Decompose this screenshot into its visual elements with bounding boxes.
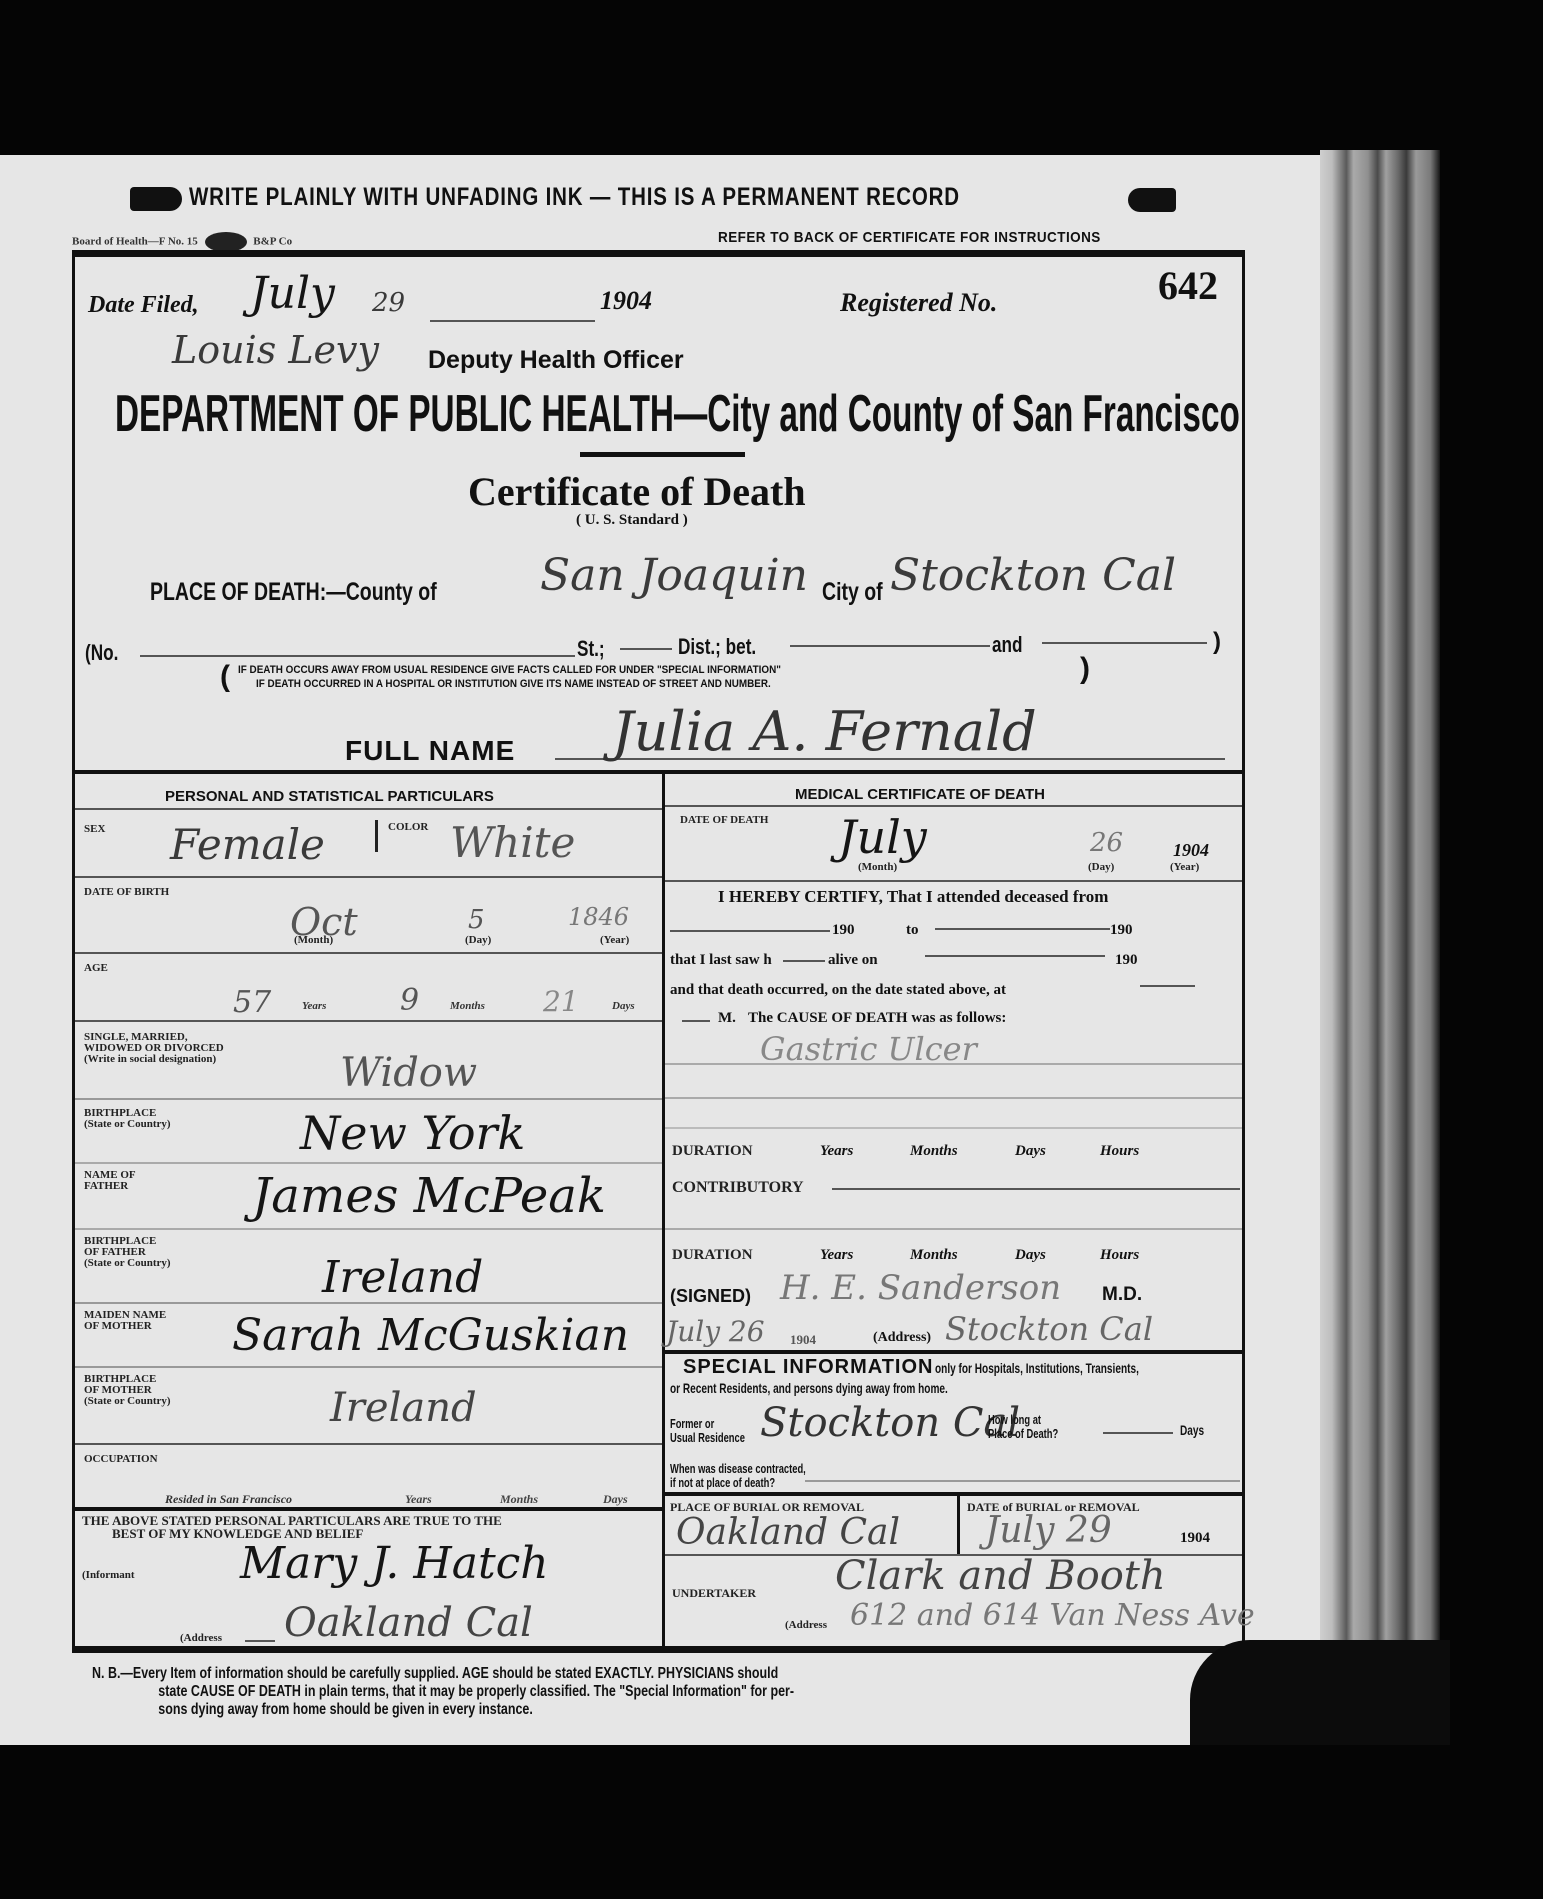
union-label-seal-icon: [205, 232, 247, 252]
occurred-rule: [1140, 985, 1195, 987]
resided-years: Years: [405, 1492, 432, 1507]
age-years-caption: Years: [302, 1000, 326, 1012]
section-rule: [665, 1350, 1242, 1354]
signed-label: (SIGNED): [670, 1286, 751, 1307]
form-number: Board of Health—F No. 15 B&P Co: [72, 232, 292, 252]
dob-day: 5: [468, 905, 485, 935]
last-saw-text: that I last saw h: [670, 952, 772, 969]
rule: [75, 1162, 662, 1164]
dod-day-caption: (Day): [1088, 862, 1114, 873]
section-rule: [665, 1492, 1242, 1496]
to-rule: [935, 928, 1110, 930]
pointing-hand-icon: [130, 187, 182, 211]
dod-year: 1904: [1173, 840, 1209, 861]
and-label: and: [992, 632, 1023, 658]
contributory-rule: [832, 1188, 1240, 1190]
cause-label: The CAUSE OF DEATH was as follows:: [748, 1010, 1006, 1027]
undertaker-address: 612 and 614 Van Ness Ave: [850, 1598, 1255, 1633]
informant-statement: THE ABOVE STATED PERSONAL PARTICULARS AR…: [82, 1514, 502, 1540]
us-standard: ( U. S. Standard ): [576, 512, 688, 529]
section-rule: [75, 1507, 662, 1511]
rule: [665, 805, 1242, 807]
duration-2-months: Months: [910, 1247, 958, 1264]
occurred-text: and that death occurred, on the date sta…: [670, 982, 1006, 999]
city-value: Stockton Cal: [890, 550, 1176, 601]
street-no-rule: [140, 655, 575, 657]
duration-2-label: DURATION: [672, 1250, 753, 1261]
burial-divider: [957, 1496, 960, 1554]
rule: [75, 1098, 662, 1100]
date-filed-year: 1904: [600, 286, 652, 316]
marital-label: SINGLE, MARRIED,WIDOWED OR DIVORCED (Wri…: [84, 1032, 224, 1065]
how-long-days: Days: [1180, 1422, 1204, 1438]
and-rule: [1042, 642, 1207, 644]
dob-label: DATE OF BIRTH: [84, 887, 169, 898]
rule: [665, 1127, 1242, 1129]
color-value: White: [450, 818, 575, 867]
book-page-edges: [1320, 150, 1440, 1745]
certify-text: I HEREBY CERTIFY, That I attended deceas…: [718, 887, 1108, 907]
usual-residence-note-1: IF DEATH OCCURS AWAY FROM USUAL RESIDENC…: [238, 664, 781, 676]
sex-value: Female: [170, 820, 325, 869]
personal-heading: PERSONAL AND STATISTICAL PARTICULARS: [165, 788, 494, 805]
rule: [75, 952, 662, 954]
county-value: San Joaquin: [540, 550, 808, 601]
registered-label: Registered No.: [840, 288, 997, 318]
undertaker-address-label: (Address: [785, 1620, 827, 1631]
to-year: 190: [1110, 922, 1133, 939]
burial-date: July 29: [985, 1510, 1112, 1551]
alive-on-text: alive on: [828, 952, 878, 969]
age-days: 21: [543, 985, 579, 1018]
how-long-label: How long atPlace of Death?: [988, 1413, 1058, 1441]
mother-value: Sarah McGuskian: [232, 1310, 629, 1361]
address-rule: [245, 1640, 275, 1642]
dob-day-caption: (Day): [465, 935, 491, 946]
rule: [665, 1063, 1242, 1065]
from-rule: [670, 930, 830, 932]
rule: [75, 1443, 662, 1445]
contracted-label: When was disease contracted,if not at pl…: [670, 1462, 806, 1490]
duration-years: Years: [820, 1143, 853, 1160]
from-year: 190: [832, 922, 855, 939]
last-saw-rule: [783, 960, 825, 962]
burial-place: Oakland Cal: [676, 1512, 900, 1553]
contributory-label: CONTRIBUTORY: [672, 1182, 804, 1193]
dist-label: Dist.; bet.: [678, 634, 756, 660]
nb-footnote: N. B.—Every Item of information should b…: [92, 1665, 794, 1719]
dod-month-caption: (Month): [858, 862, 897, 873]
resided-days: Days: [603, 1492, 628, 1507]
dod-label: DATE OF DEATH: [680, 815, 768, 826]
dob-year-caption: (Year): [600, 935, 629, 946]
to-label: to: [906, 922, 919, 939]
father-birthplace-value: Ireland: [322, 1252, 483, 1303]
birthplace-value: New York: [300, 1106, 525, 1160]
dod-day: 26: [1090, 828, 1123, 858]
dod-year-caption: (Year): [1170, 862, 1199, 873]
duration-2-years: Years: [820, 1247, 853, 1264]
alive-year: 190: [1115, 952, 1138, 969]
ink-instruction-header: WRITE PLAINLY WITH UNFADING INK — THIS I…: [130, 183, 1130, 212]
undertaker-label: UNDERTAKER: [672, 1588, 756, 1599]
dob-year: 1846: [568, 903, 629, 931]
date-filed-rule: [430, 320, 595, 322]
deputy-officer-signature: Louis Levy: [172, 328, 379, 372]
color-label: COLOR: [388, 822, 428, 833]
department-title: DEPARTMENT OF PUBLIC HEALTH—City and Cou…: [115, 384, 1240, 444]
informant-label: (Informant: [82, 1570, 135, 1581]
duration-months: Months: [910, 1143, 958, 1160]
sex-label: SEX: [84, 824, 105, 835]
resided-label: Resided in San Francisco: [165, 1492, 292, 1507]
occupation-label: OCCUPATION: [84, 1454, 158, 1465]
registered-number: 642: [1158, 262, 1218, 309]
dist-rule: [790, 645, 990, 647]
how-long-rule: [1103, 1432, 1173, 1434]
m-label: M.: [718, 1010, 736, 1027]
column-divider: [662, 772, 665, 1649]
special-note-2: or Recent Residents, and persons dying a…: [670, 1380, 948, 1396]
usual-residence-note-2: IF DEATH OCCURRED IN A HOSPITAL OR INSTI…: [256, 678, 771, 690]
dob-month-caption: (Month): [294, 935, 333, 946]
duration-days: Days: [1015, 1143, 1046, 1160]
date-filed-label: Date Filed,: [88, 292, 199, 319]
marital-value: Widow: [340, 1050, 477, 1096]
informant-value: Mary J. Hatch: [240, 1538, 549, 1589]
street-no-label: (No.: [85, 640, 118, 666]
duration-label: DURATION: [672, 1146, 753, 1157]
note-close-paren: ): [1080, 652, 1090, 686]
former-residence-label: Former orUsual Residence: [670, 1417, 745, 1445]
full-name-label: FULL NAME: [345, 735, 515, 767]
mother-birthplace-label: BIRTHPLACEOF MOTHER (State or Country): [84, 1374, 171, 1407]
duration-hours: Hours: [1100, 1143, 1139, 1160]
note-open-paren: (: [220, 660, 230, 694]
physician-signature: H. E. Sanderson: [780, 1268, 1061, 1308]
age-months: 9: [400, 983, 419, 1018]
age-months-caption: Months: [450, 1000, 485, 1012]
birthplace-label: BIRTHPLACE(State or Country): [84, 1108, 171, 1130]
undertaker-value: Clark and Booth: [835, 1553, 1166, 1599]
city-label: City of: [822, 578, 883, 607]
close-paren: ): [1213, 628, 1221, 656]
father-value: James McPeak: [252, 1168, 606, 1224]
refer-instructions: REFER TO BACK OF CERTIFICATE FOR INSTRUC…: [718, 229, 1143, 246]
contracted-rule: [805, 1480, 1240, 1482]
former-residence-value: Stockton Cal: [760, 1400, 1020, 1446]
st-rule: [620, 648, 672, 650]
md-label: M.D.: [1102, 1284, 1142, 1306]
burial-year: 1904: [1180, 1530, 1210, 1547]
informant-address-label: (Address: [180, 1633, 222, 1644]
m-rule: [682, 1020, 710, 1022]
date-filed-month: July: [250, 268, 335, 319]
st-label: St.;: [577, 636, 605, 662]
full-name-value: Julia A. Fernald: [612, 700, 1037, 763]
section-divider: [75, 770, 1242, 774]
alive-rule: [925, 955, 1105, 957]
age-days-caption: Days: [612, 1000, 635, 1012]
resided-months: Months: [500, 1492, 538, 1507]
special-heading: SPECIAL INFORMATION: [683, 1356, 933, 1379]
physician-address: Stockton Cal: [945, 1310, 1153, 1348]
age-label: AGE: [84, 963, 108, 974]
rule: [665, 1097, 1242, 1099]
rule: [665, 880, 1242, 882]
rule: [665, 1228, 1242, 1230]
scan-background: [0, 1745, 1543, 1899]
rule: [75, 1020, 662, 1022]
medical-heading: MEDICAL CERTIFICATE OF DEATH: [795, 786, 1045, 803]
place-of-death-label: PLACE OF DEATH:—County of: [150, 578, 437, 607]
rule: [75, 1366, 662, 1368]
deputy-officer-title: Deputy Health Officer: [428, 346, 684, 375]
certificate-title: Certificate of Death: [468, 468, 806, 515]
father-birthplace-label: BIRTHPLACEOF FATHER (State or Country): [84, 1236, 171, 1269]
rule: [75, 808, 662, 810]
title-rule: [580, 452, 745, 457]
mother-birthplace-value: Ireland: [330, 1385, 477, 1431]
signed-year: 1904: [790, 1332, 816, 1348]
father-label: NAME OFFATHER: [84, 1170, 136, 1192]
rule: [75, 1228, 662, 1230]
physician-address-label: (Address): [873, 1330, 931, 1346]
age-years: 57: [233, 985, 271, 1020]
duration-2-hours: Hours: [1100, 1247, 1139, 1264]
pointing-hand-icon-right: [1128, 188, 1176, 212]
dod-month: July: [838, 810, 927, 864]
signed-date: July 26: [666, 1315, 765, 1348]
rule: [75, 1302, 662, 1304]
mother-label: MAIDEN NAMEOF MOTHER: [84, 1310, 166, 1332]
date-filed-day: 29: [372, 288, 405, 318]
duration-2-days: Days: [1015, 1247, 1046, 1264]
informant-address: Oakland Cal: [284, 1600, 533, 1646]
special-note: only for Hospitals, Institutions, Transi…: [935, 1360, 1139, 1376]
rule: [75, 876, 662, 878]
sex-color-divider: [375, 820, 378, 852]
